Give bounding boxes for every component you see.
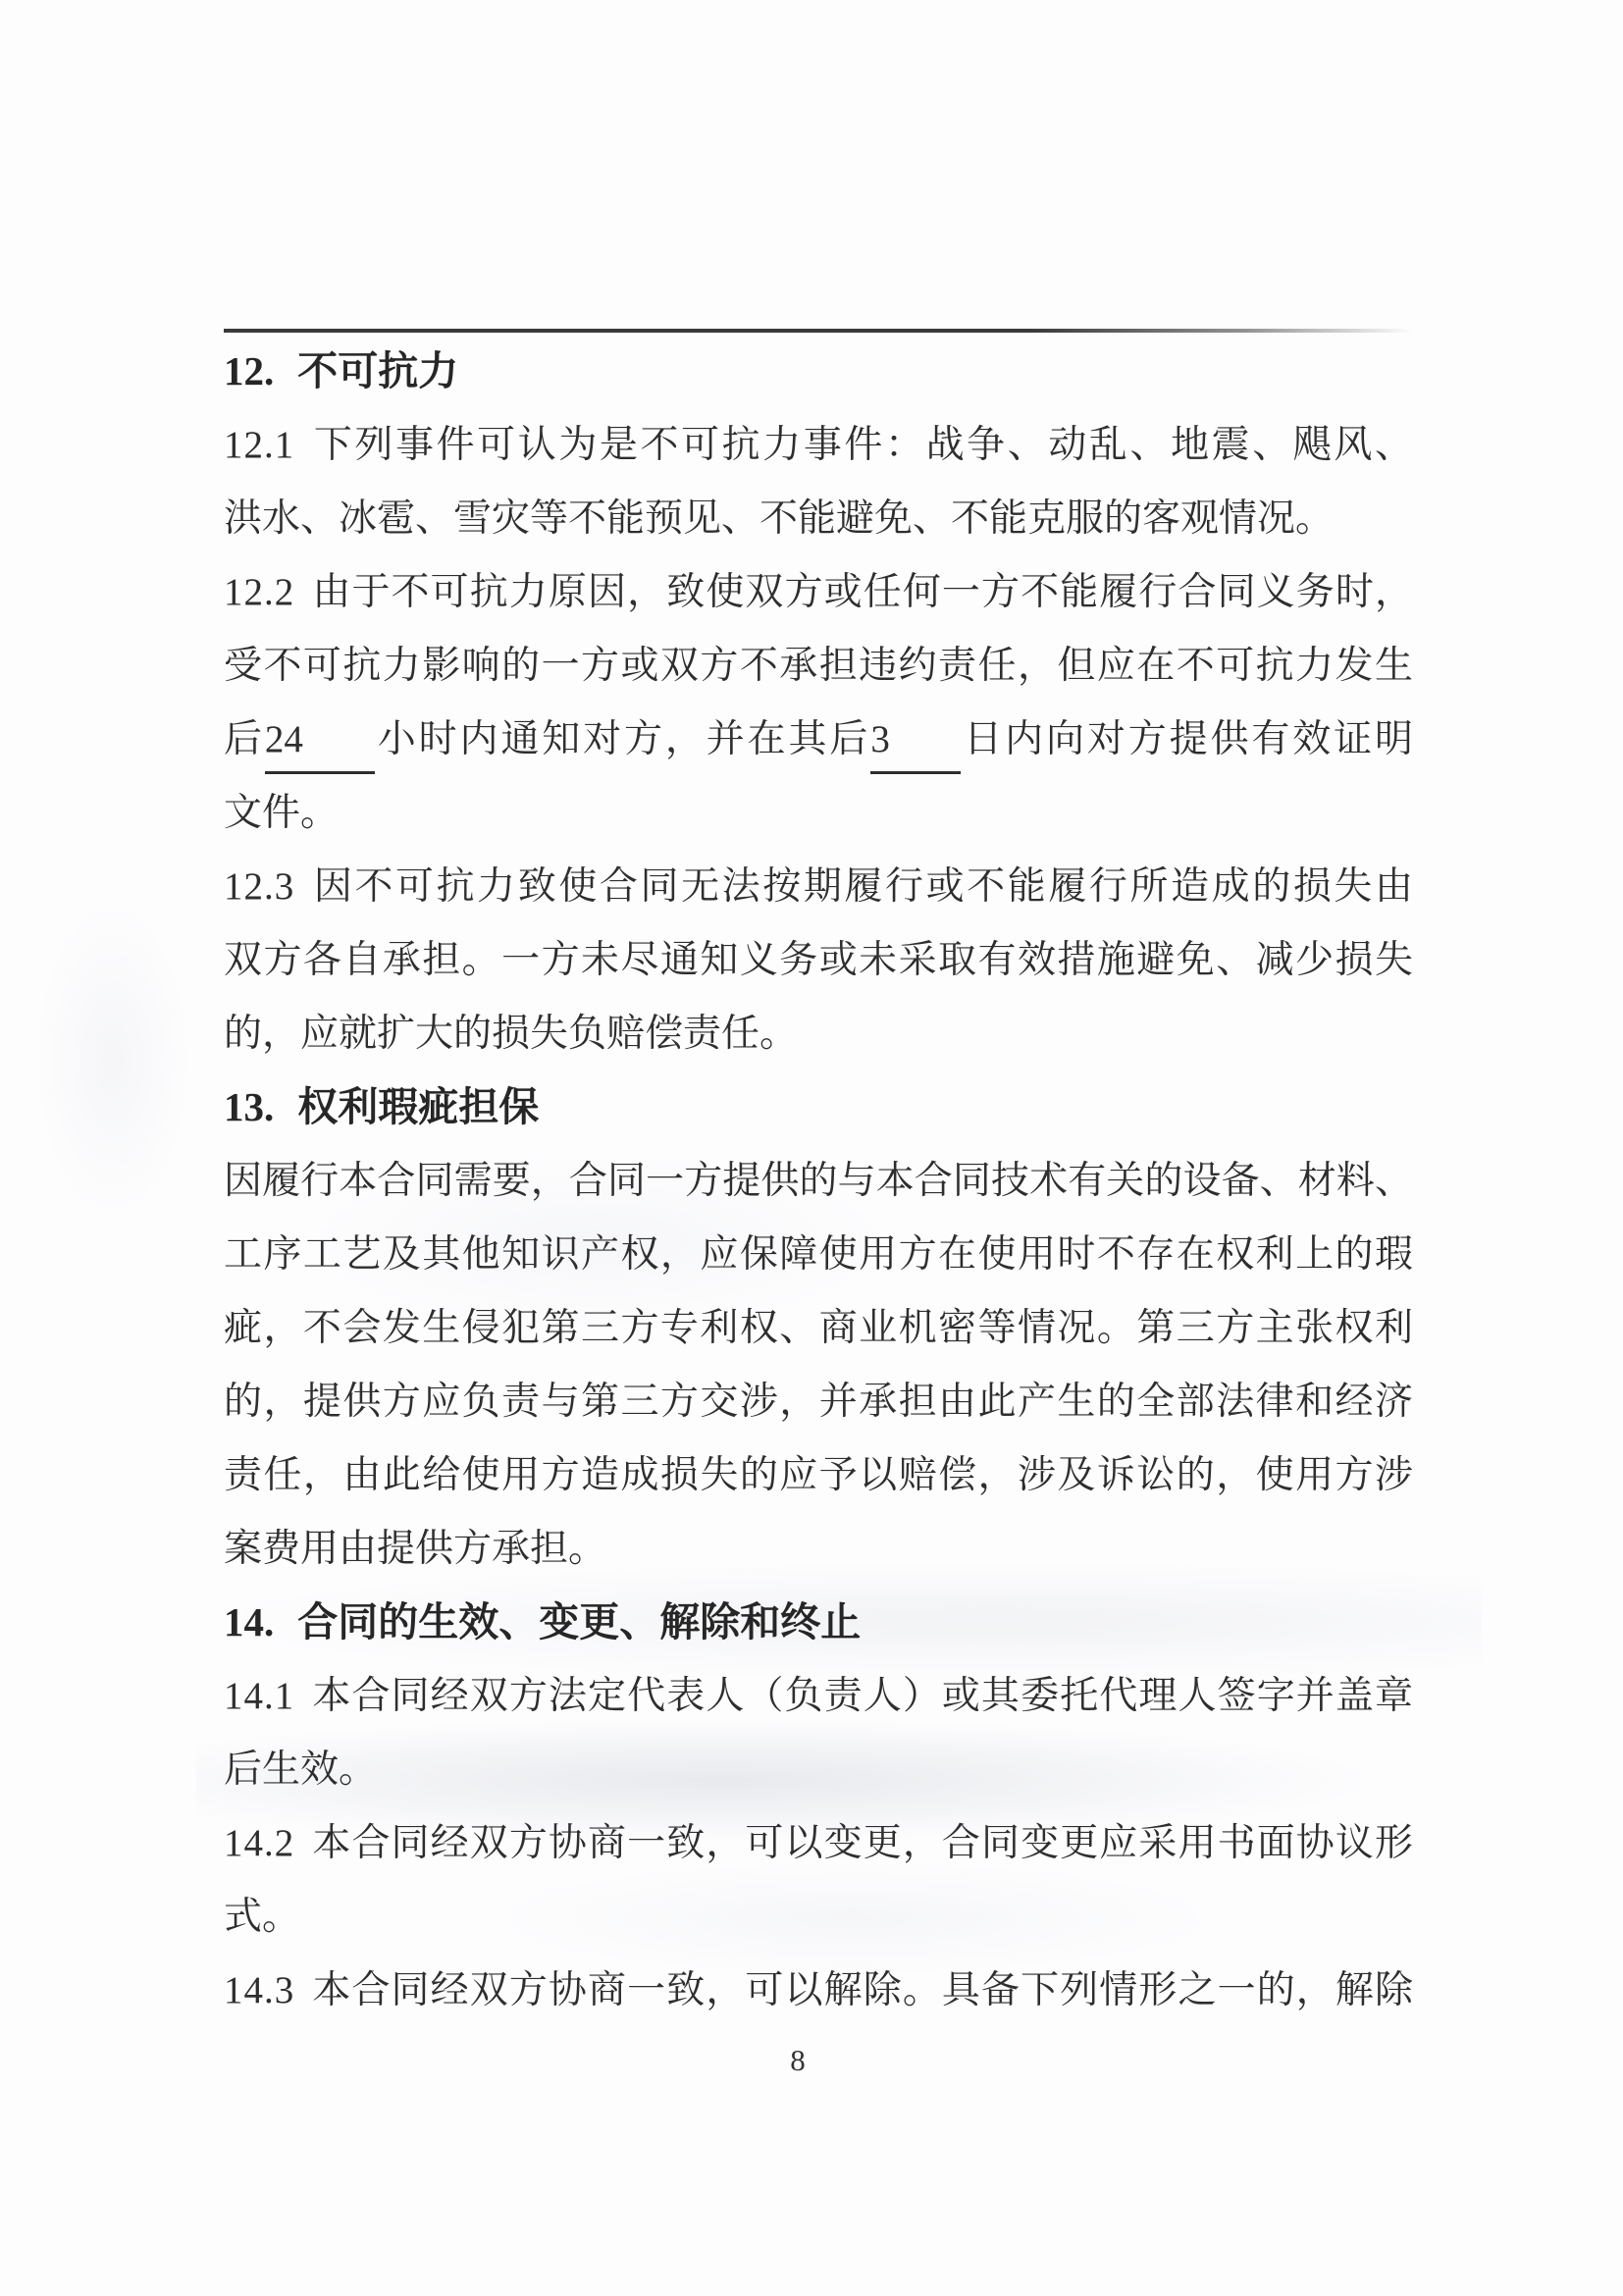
clause-13-line-6: 案费用由提供方承担。 <box>224 1512 1413 1586</box>
heading-effect-modify-terminate: 14.合同的生效、变更、解除和终止 <box>224 1586 1413 1659</box>
clause-text: 小时内通知对方，并在其后 <box>375 718 870 760</box>
clause-text: 文件。 <box>224 792 339 834</box>
clause-text: 的，应就扩大的损失负赔偿责任。 <box>224 1013 798 1055</box>
clause-text: 疵，不会发生侵犯第三方专利权、商业机密等情况。第三方主张权利 <box>224 1307 1413 1349</box>
clause-number: 12.1 <box>224 424 294 466</box>
clause-text: 日内向对方提供有效证明 <box>961 718 1413 760</box>
clause-14-2-line-1: 14.2本合同经双方协商一致，可以变更，合同变更应采用书面协议形 <box>224 1806 1413 1880</box>
clause-text: 本合同经双方法定代表人（负责人）或其委托代理人签字并盖章 <box>311 1675 1413 1717</box>
page-number: 8 <box>0 2043 1596 2078</box>
clause-text: 下列事件可认为是不可抗力事件：战争、动乱、地震、飓风、 <box>311 424 1413 466</box>
heading-number: 14. <box>224 1599 274 1644</box>
clause-13-line-5: 责任，由此给使用方造成损失的应予以赔偿，涉及诉讼的，使用方涉 <box>224 1438 1413 1512</box>
clause-text: 责任，由此给使用方造成损失的应予以赔偿，涉及诉讼的，使用方涉 <box>224 1454 1413 1496</box>
clause-12-1-line-2: 洪水、冰雹、雪灾等不能预见、不能避免、不能克服的客观情况。 <box>224 482 1413 555</box>
clause-text: 因不可抗力致使合同无法按期履行或不能履行所造成的损失由 <box>311 865 1413 908</box>
clause-number: 12.2 <box>224 571 294 613</box>
clause-text: 后 <box>224 718 265 760</box>
clause-12-3-line-3: 的，应就扩大的损失负赔偿责任。 <box>224 997 1413 1070</box>
heading-title: 权利瑕疵担保 <box>297 1084 539 1129</box>
clause-text: 式。 <box>224 1896 300 1938</box>
clause-text: 本合同经双方协商一致，可以解除。具备下列情形之一的，解除 <box>311 1969 1413 2011</box>
clause-text: 洪水、冰雹、雪灾等不能预见、不能避免、不能克服的客观情况。 <box>224 497 1334 540</box>
scanned-contract-page: 12.不可抗力 12.1下列事件可认为是不可抗力事件：战争、动乱、地震、飓风、 … <box>0 0 1623 2296</box>
clause-12-3-line-2: 双方各自承担。一方未尽通知义务或未采取有效措施避免、减少损失 <box>224 923 1413 997</box>
clause-text: 案费用由提供方承担。 <box>224 1528 606 1570</box>
clause-12-3-line-1: 12.3因不可抗力致使合同无法按期履行或不能履行所造成的损失由 <box>224 850 1413 923</box>
clause-number: 14.3 <box>224 1969 294 2011</box>
section-divider-rule <box>224 329 1413 333</box>
clause-number: 14.1 <box>224 1675 294 1717</box>
clause-14-3-line-1: 14.3本合同经双方协商一致，可以解除。具备下列情形之一的，解除 <box>224 1954 1413 2027</box>
clause-13-line-2: 工序工艺及其他知识产权，应保障使用方在使用时不存在权利上的瑕 <box>224 1218 1413 1291</box>
heading-number: 12. <box>224 348 274 393</box>
clause-text: 双方各自承担。一方未尽通知义务或未采取有效措施避免、减少损失 <box>224 939 1413 981</box>
clause-text: 本合同经双方协商一致，可以变更，合同变更应采用书面协议形 <box>311 1822 1413 1864</box>
fill-in-blank-hours: 24 <box>265 710 375 774</box>
clause-number: 14.2 <box>224 1822 294 1864</box>
clause-12-1-line-1: 12.1下列事件可认为是不可抗力事件：战争、动乱、地震、飓风、 <box>224 408 1413 482</box>
fill-in-blank-days: 3 <box>870 710 961 774</box>
clause-number: 12.3 <box>224 865 294 908</box>
clause-12-2-line-3: 后24小时内通知对方，并在其后3日内向对方提供有效证明 <box>224 703 1413 776</box>
heading-force-majeure: 12.不可抗力 <box>224 335 1413 408</box>
heading-number: 13. <box>224 1084 274 1129</box>
clause-12-2-line-4: 文件。 <box>224 776 1413 850</box>
clause-14-1-line-1: 14.1本合同经双方法定代表人（负责人）或其委托代理人签字并盖章 <box>224 1659 1413 1733</box>
clause-12-2-line-2: 受不可抗力影响的一方或双方不承担违约责任，但应在不可抗力发生 <box>224 629 1413 703</box>
clause-text: 因履行本合同需要，合同一方提供的与本合同技术有关的设备、材料、 <box>224 1160 1413 1202</box>
heading-title: 合同的生效、变更、解除和终止 <box>297 1599 861 1644</box>
heading-title: 不可抗力 <box>297 348 458 393</box>
clause-13-line-1: 因履行本合同需要，合同一方提供的与本合同技术有关的设备、材料、 <box>224 1144 1413 1218</box>
clause-text: 受不可抗力影响的一方或双方不承担违约责任，但应在不可抗力发生 <box>224 645 1413 687</box>
clause-14-1-line-2: 后生效。 <box>224 1733 1413 1806</box>
clause-13-line-4: 的，提供方应负责与第三方交涉，并承担由此产生的全部法律和经济 <box>224 1365 1413 1438</box>
clause-text: 工序工艺及其他知识产权，应保障使用方在使用时不存在权利上的瑕 <box>224 1233 1413 1276</box>
clause-14-2-line-2: 式。 <box>224 1880 1413 1954</box>
clause-text: 后生效。 <box>224 1748 377 1791</box>
clause-13-line-3: 疵，不会发生侵犯第三方专利权、商业机密等情况。第三方主张权利 <box>224 1291 1413 1365</box>
clause-12-2-line-1: 12.2由于不可抗力原因，致使双方或任何一方不能履行合同义务时， <box>224 555 1413 629</box>
scan-smudge <box>39 913 186 1207</box>
heading-warranty-of-title: 13.权利瑕疵担保 <box>224 1070 1413 1144</box>
clause-text: 由于不可抗力原因，致使双方或任何一方不能履行合同义务时， <box>311 571 1413 613</box>
clause-text: 的，提供方应负责与第三方交涉，并承担由此产生的全部法律和经济 <box>224 1381 1413 1423</box>
text-column: 12.不可抗力 12.1下列事件可认为是不可抗力事件：战争、动乱、地震、飓风、 … <box>224 329 1413 2027</box>
